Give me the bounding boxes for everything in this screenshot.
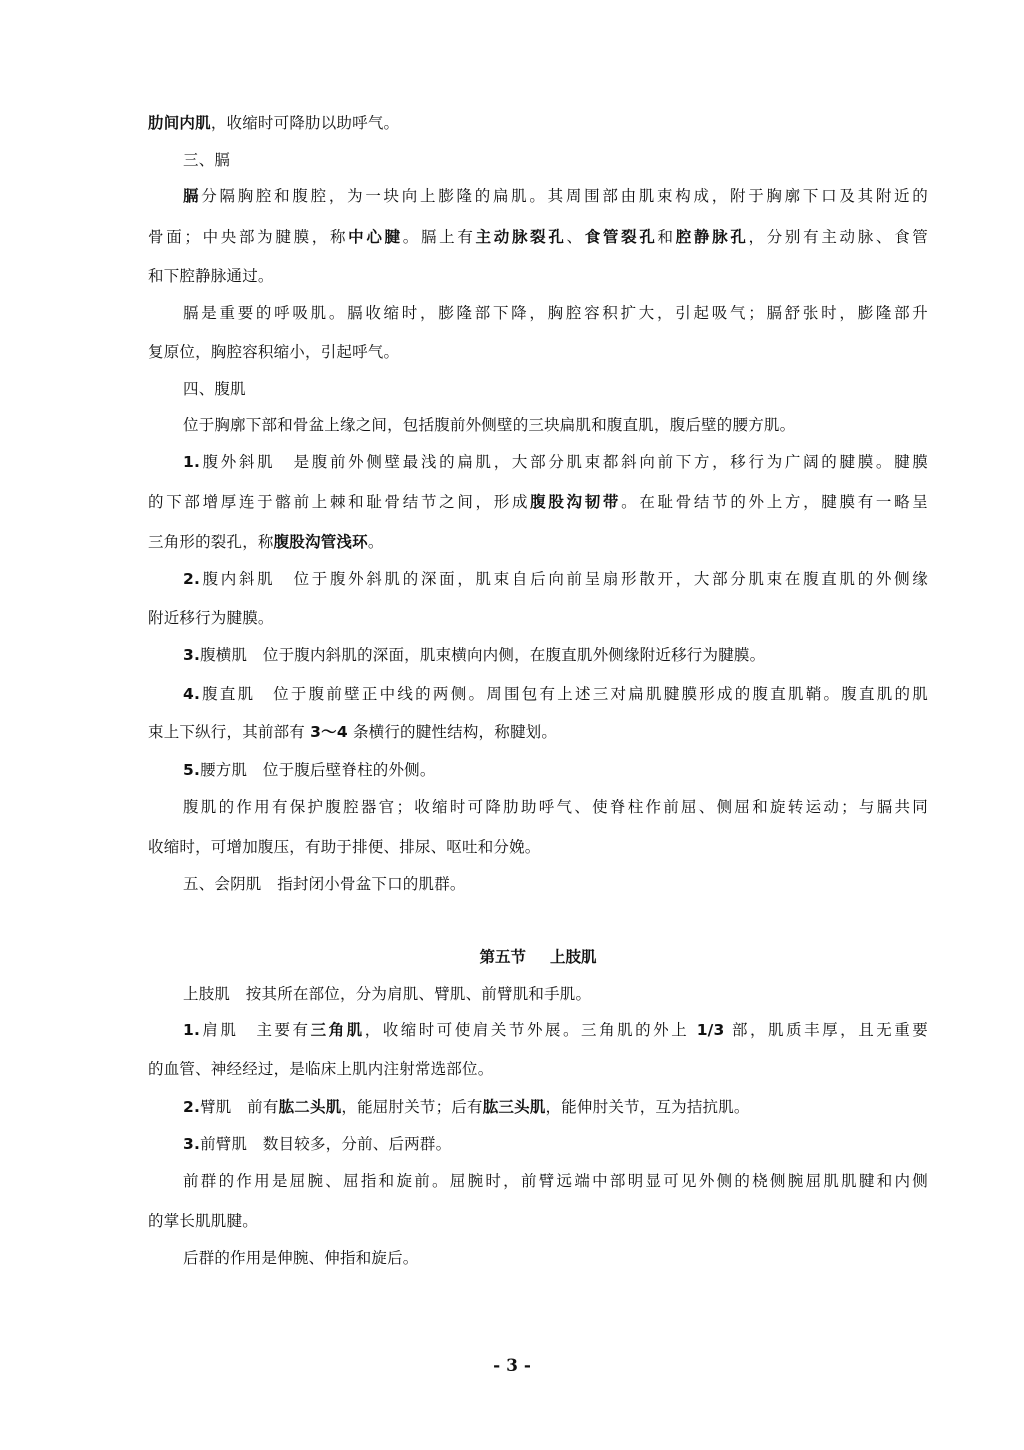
text-line: 和下腔静脉通过。 bbox=[148, 266, 928, 286]
bold-term: 肱二头肌 bbox=[279, 1098, 342, 1116]
section-heading: 第五节上肢肌 bbox=[148, 947, 928, 967]
text-line: 三角形的裂孔，称腹股沟管浅环。 bbox=[148, 532, 928, 552]
text-line: 收缩时，可增加腹压，有助于排便、排尿、呕吐和分娩。 bbox=[148, 837, 928, 857]
text-run: 位于胸廓下部和骨盆上缘之间，包括腹前外侧壁的三块扁肌和腹直肌，腹后壁的腰方肌。 bbox=[183, 416, 795, 434]
section-title: 上肢肌 bbox=[550, 948, 597, 966]
text-run: 复原位，胸腔容积缩小，引起呼气。 bbox=[148, 343, 399, 361]
text-run: 腰方肌 位于腹后壁脊柱的外侧。 bbox=[200, 761, 436, 779]
text-run: ，分别有主动脉、食管 bbox=[749, 228, 928, 246]
text-line: 后群的作用是伸腕、伸指和旋后。 bbox=[183, 1248, 928, 1268]
text-line: 束上下纵行，其前部有 3～4 条横行的腱性结构，称腱划。 bbox=[148, 722, 928, 742]
subheading-diaphragm: 三、膈 bbox=[183, 150, 928, 170]
text-line: 4.腹直肌 位于腹前壁正中线的两侧。周围包有上述三对扁肌腱膜形成的腹直肌鞘。腹直… bbox=[183, 684, 928, 704]
text-line: 肋间内肌，收缩时可降肋以助呼气。 bbox=[148, 113, 928, 133]
text-line: 腹肌的作用有保护腹腔器官；收缩时可降肋助呼气、使脊柱作前屈、侧屈和旋转运动；与膈… bbox=[183, 797, 928, 817]
text-run: 骨面；中央部为腱膜，称 bbox=[148, 228, 348, 246]
text-line: 前群的作用是屈腕、屈指和旋前。屈腕时，前臂远端中部明显可见外侧的桡侧腕屈肌肌腱和… bbox=[183, 1171, 928, 1191]
text-run: 腹外斜肌 是腹前外侧壁最浅的扁肌，大部分肌束都斜向前下方，移行为广阔的腱膜。腱膜 bbox=[200, 453, 928, 471]
text-run: 的掌长肌肌腱。 bbox=[148, 1212, 258, 1230]
text-run: 腹肌的作用有保护腹腔器官；收缩时可降肋助呼气、使脊柱作前屈、侧屈和旋转运动；与膈… bbox=[183, 798, 928, 816]
text-run: 腹横肌 位于腹内斜肌的深面，肌束横向内侧，在腹直肌外侧缘附近移行为腱膜。 bbox=[200, 646, 765, 664]
text-line: 膈是重要的呼吸肌。膈收缩时，膨隆部下降，胸腔容积扩大，引起吸气；膈舒张时，膨隆部… bbox=[183, 303, 928, 323]
text-run: 前群的作用是屈腕、屈指和旋前。屈腕时，前臂远端中部明显可见外侧的桡侧腕屈肌肌腱和… bbox=[183, 1172, 928, 1190]
text-run: 和 bbox=[658, 228, 676, 246]
bold-term: 三角肌 bbox=[311, 1021, 365, 1039]
document-page: 肋间内肌，收缩时可降肋以助呼气。 三、膈 膈分隔胸腔和腹腔，为一块向上膨隆的扁肌… bbox=[0, 0, 1024, 1450]
text-run: 。膈上有 bbox=[403, 228, 476, 246]
bold-term: 1. bbox=[183, 453, 200, 471]
bold-term: 5. bbox=[183, 761, 200, 779]
bold-term: 3～4 bbox=[310, 723, 348, 741]
text-line: 1.腹外斜肌 是腹前外侧壁最浅的扁肌，大部分肌束都斜向前下方，移行为广阔的腱膜。… bbox=[183, 452, 928, 472]
text-run: 四、腹肌 bbox=[183, 380, 246, 398]
text-line: 复原位，胸腔容积缩小，引起呼气。 bbox=[148, 342, 928, 362]
text-run: 三角形的裂孔，称 bbox=[148, 533, 274, 551]
bold-term: 腔静脉孔 bbox=[676, 228, 749, 246]
text-line: 的掌长肌肌腱。 bbox=[148, 1211, 928, 1231]
text-run: 部，肌质丰厚，且无重要 bbox=[725, 1021, 928, 1039]
subheading-perineal-muscles: 五、会阴肌 指封闭小骨盆下口的肌群。 bbox=[183, 874, 928, 894]
text-run: 肩肌 主要有 bbox=[200, 1021, 311, 1039]
text-run: 的下部增厚连于髂前上棘和耻骨结节之间，形成 bbox=[148, 493, 530, 511]
text-line: 上肢肌 按其所在部位，分为肩肌、臂肌、前臂肌和手肌。 bbox=[183, 984, 928, 1004]
bold-term: 食管裂孔 bbox=[585, 228, 658, 246]
text-line: 位于胸廓下部和骨盆上缘之间，包括腹前外侧壁的三块扁肌和腹直肌，腹后壁的腰方肌。 bbox=[183, 415, 928, 435]
text-line: 5.腰方肌 位于腹后壁脊柱的外侧。 bbox=[183, 760, 928, 780]
text-run: 上肢肌 按其所在部位，分为肩肌、臂肌、前臂肌和手肌。 bbox=[183, 985, 591, 1003]
text-run: 腹直肌 位于腹前壁正中线的两侧。周围包有上述三对扁肌腱膜形成的腹直肌鞘。腹直肌的… bbox=[200, 685, 928, 703]
text-run: 分隔胸腔和腹腔，为一块向上膨隆的扁肌。其周围部由肌束构成，附于胸廓下口及其附近的 bbox=[201, 187, 928, 205]
text-run: ，收缩时可使肩关节外展。三角肌的外上 bbox=[365, 1021, 697, 1039]
text-line: 3.腹横肌 位于腹内斜肌的深面，肌束横向内侧，在腹直肌外侧缘附近移行为腱膜。 bbox=[183, 645, 928, 665]
bold-term: 膈 bbox=[183, 187, 201, 205]
text-run: 前臂肌 数目较多，分前、后两群。 bbox=[200, 1135, 451, 1153]
text-line: 附近移行为腱膜。 bbox=[148, 608, 928, 628]
text-run: 、 bbox=[567, 228, 585, 246]
text-run: ，收缩时可降肋以助呼气。 bbox=[211, 114, 399, 132]
bold-term: 肋间内肌 bbox=[148, 114, 211, 132]
bold-term: 4. bbox=[183, 685, 200, 703]
bold-term: 1. bbox=[183, 1021, 200, 1039]
text-line: 2.臂肌 前有肱二头肌，能屈肘关节；后有肱三头肌，能伸肘关节，互为拮抗肌。 bbox=[183, 1097, 928, 1117]
text-run: 的血管、神经经过，是临床上肌内注射常选部位。 bbox=[148, 1060, 493, 1078]
text-run: 腹内斜肌 位于腹外斜肌的深面，肌束自后向前呈扇形散开，大部分肌束在腹直肌的外侧缘 bbox=[200, 570, 928, 588]
bold-term: 主动脉裂孔 bbox=[476, 228, 567, 246]
text-run: 收缩时，可增加腹压，有助于排便、排尿、呕吐和分娩。 bbox=[148, 838, 541, 856]
bold-term: 腹股沟管浅环 bbox=[274, 533, 368, 551]
text-line: 骨面；中央部为腱膜，称中心腱。膈上有主动脉裂孔、食管裂孔和腔静脉孔，分别有主动脉… bbox=[148, 227, 928, 247]
text-run: ，能伸肘关节，互为拮抗肌。 bbox=[546, 1098, 750, 1116]
text-run: 附近移行为腱膜。 bbox=[148, 609, 274, 627]
text-line: 3.前臂肌 数目较多，分前、后两群。 bbox=[183, 1134, 928, 1154]
text-run: 。 bbox=[368, 533, 384, 551]
text-run: 和下腔静脉通过。 bbox=[148, 267, 274, 285]
text-run: 后群的作用是伸腕、伸指和旋后。 bbox=[183, 1249, 419, 1267]
text-line: 1.肩肌 主要有三角肌，收缩时可使肩关节外展。三角肌的外上 1/3 部，肌质丰厚… bbox=[183, 1020, 928, 1040]
text-line: 的血管、神经经过，是临床上肌内注射常选部位。 bbox=[148, 1059, 928, 1079]
bold-term: 腹股沟韧带 bbox=[530, 493, 621, 511]
bold-term: 中心腱 bbox=[348, 228, 403, 246]
bold-term: 1/3 bbox=[697, 1021, 725, 1039]
text-line: 的下部增厚连于髂前上棘和耻骨结节之间，形成腹股沟韧带。在耻骨结节的外上方，腱膜有… bbox=[148, 492, 928, 512]
text-run: 臂肌 前有 bbox=[200, 1098, 279, 1116]
text-run: 五、会阴肌 指封闭小骨盆下口的肌群。 bbox=[183, 875, 466, 893]
subheading-abdominal-muscles: 四、腹肌 bbox=[183, 379, 928, 399]
text-run: 膈是重要的呼吸肌。膈收缩时，膨隆部下降，胸腔容积扩大，引起吸气；膈舒张时，膨隆部… bbox=[183, 304, 928, 322]
bold-term: 2. bbox=[183, 570, 200, 588]
text-run: 三、膈 bbox=[183, 151, 230, 169]
text-run: 条横行的腱性结构，称腱划。 bbox=[348, 723, 557, 741]
bold-term: 肱三头肌 bbox=[483, 1098, 546, 1116]
text-run: 束上下纵行，其前部有 bbox=[148, 723, 310, 741]
text-line: 膈分隔胸腔和腹腔，为一块向上膨隆的扁肌。其周围部由肌束构成，附于胸廓下口及其附近… bbox=[183, 186, 928, 206]
page-number: - 3 - bbox=[0, 1356, 1024, 1376]
text-run: 。在耻骨结节的外上方，腱膜有一略呈 bbox=[621, 493, 928, 511]
section-number: 第五节 bbox=[479, 948, 526, 966]
bold-term: 3. bbox=[183, 1135, 200, 1153]
bold-term: 3. bbox=[183, 646, 200, 664]
text-run: ，能屈肘关节；后有 bbox=[341, 1098, 482, 1116]
text-line: 2.腹内斜肌 位于腹外斜肌的深面，肌束自后向前呈扇形散开，大部分肌束在腹直肌的外… bbox=[183, 569, 928, 589]
bold-term: 2. bbox=[183, 1098, 200, 1116]
